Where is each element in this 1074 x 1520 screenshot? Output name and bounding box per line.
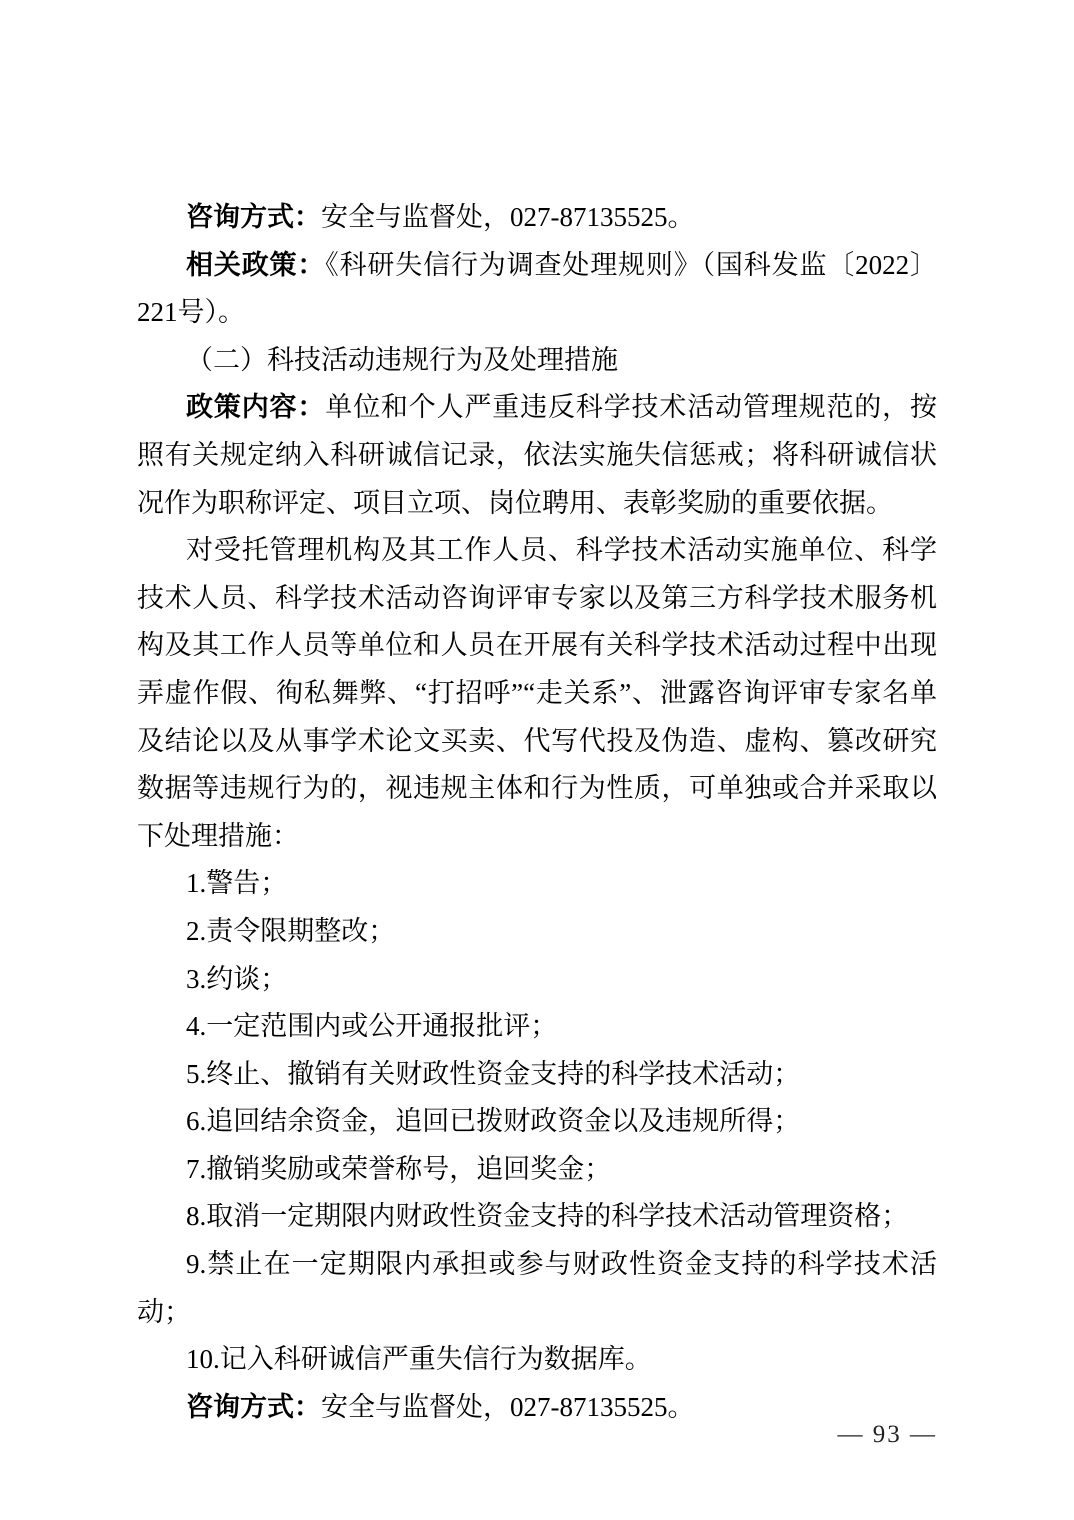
document-page: 咨询方式：安全与监督处，027-87135525。 相关政策：《科研失信行为调查… [0,0,1074,1520]
measure-item-1: 1.警告； [137,860,937,908]
consult-method-label-1: 咨询方式： [186,202,321,232]
measure-item-5: 5.终止、撤销有关财政性资金支持的科学技术活动； [137,1051,937,1099]
measure-item-9: 9.禁止在一定期限内承担或参与财政性资金支持的科学技术活动； [137,1241,937,1336]
measure-item-10: 10.记入科研诚信严重失信行为数据库。 [137,1336,937,1384]
measure-item-6: 6.追回结余资金，追回已拨财政资金以及违规所得； [137,1098,937,1146]
measure-item-4: 4.一定范围内或公开通报批评； [137,1003,937,1051]
consult-method-text-2: 安全与监督处，027-87135525。 [321,1392,695,1422]
measure-item-8: 8.取消一定期限内财政性资金支持的科学技术活动管理资格； [137,1193,937,1241]
consult-method-label-2: 咨询方式： [186,1392,321,1422]
measure-item-2: 2.责令限期整改； [137,908,937,956]
policy-content-label: 政策内容： [186,392,325,422]
paragraph-policy-content: 政策内容：单位和个人严重违反科学技术活动管理规范的，按照有关规定纳入科研诚信记录… [137,384,937,527]
paragraph-consult-method-1: 咨询方式：安全与监督处，027-87135525。 [137,194,937,242]
related-policy-label: 相关政策： [186,250,325,280]
measure-item-7: 7.撤销奖励或荣誉称号，追回奖金； [137,1146,937,1194]
paragraph-consult-method-2: 咨询方式：安全与监督处，027-87135525。 [137,1384,937,1432]
measure-item-3: 3.约谈； [137,956,937,1004]
page-number: — 93 — [838,1421,938,1449]
paragraph-related-policy: 相关政策：《科研失信行为调查处理规则》（国科发监〔2022〕221号）。 [137,242,937,337]
paragraph-violations: 对受托管理机构及其工作人员、科学技术活动实施单位、科学技术人员、科学技术活动咨询… [137,527,937,860]
consult-method-text-1: 安全与监督处，027-87135525。 [321,202,695,232]
document-body: 咨询方式：安全与监督处，027-87135525。 相关政策：《科研失信行为调查… [137,194,937,1431]
section-heading: （二）科技活动违规行为及处理措施 [137,337,937,385]
